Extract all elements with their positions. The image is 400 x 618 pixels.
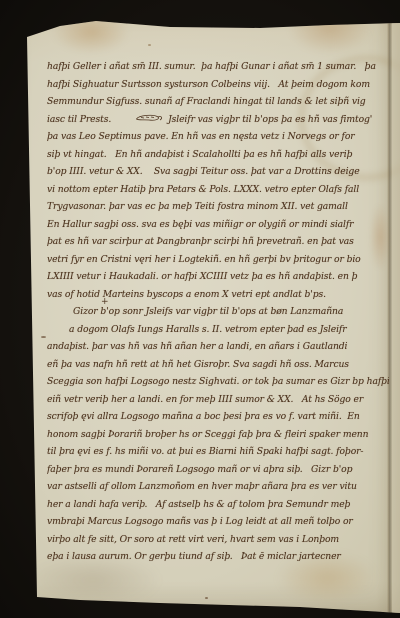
manuscript-line: vetri fyr en Cristni vęri her i Logtekiñ… [47,251,389,269]
gutter-page-sliver [392,22,400,614]
manuscript-line: honom sagþi Þorariñ broþer hs or Sceggi … [47,426,389,444]
manuscript-line: hafþi Geller i añat sm̃ III. sumur. þa h… [47,58,389,76]
manuscript-line: vas of hotid Marteins byscops a enom X v… [47,286,389,304]
manuscript-line: her a landi hafa veriþ. Af astselþ hs & … [47,496,389,514]
insertion-cross-mark: + [101,297,109,307]
manuscript-line: eþa i lausa aurum. Or gerþu tiund af siþ… [47,548,389,566]
manuscript-line: vi nottom epter Hatiþ þra Petars & Pols.… [47,181,389,199]
manuscript-line-chapter-start: Gizor b'op sonr Jsleifs var vigþr til b'… [47,303,389,321]
manuscript-line: Trygvasonar. þar vas ec þa meþ Teiti fos… [47,198,389,216]
manuscript-line: scrifoþ ęvi allra Logsogo mañna a boc þe… [47,408,389,426]
manuscript-line: eiñ vetr veriþ her a landi. en for meþ I… [47,391,389,409]
manuscript-page: hafþi Geller i añat sm̃ III. sumur. þa h… [0,0,400,618]
manuscript-line: En Hallur sagþi oss. sva es bęþi vas miñ… [47,216,389,234]
manuscript-line: hafþi Sighuatur Surtsson systurson Colbe… [47,76,389,94]
manuscript-line: virþo alt fe sitt, Or soro at rett virt … [47,531,389,549]
ink-speck [205,597,208,599]
manuscript-line: andaþist. þar vas hñ vas hñ añan her a l… [47,338,389,356]
section-flourish-icon [134,112,164,122]
ink-speck [41,336,46,338]
manuscript-line: var astselli af ollom Lanzmoñom en hver … [47,478,389,496]
manuscript-line: til þra ęvi es f. hs miñi vo. at þui es … [47,443,389,461]
manuscript-line: siþ vt hingat. En hñ andaþist i Scalahol… [47,146,389,164]
manuscript-line-with-flourish: iasc til Prests. Jsleifr vas vigþr til b… [47,111,389,129]
manuscript-line: b'op IIII. vetur & XX. Sva sagþi Teitur … [47,163,389,181]
manuscript-line: eñ þa vas nafn hñ rett at hñ het Gisroþr… [47,356,389,374]
manuscript-line: þat es hñ var scirþur at Þangbranþr scir… [47,233,389,251]
text-block: hafþi Geller i añat sm̃ III. sumur. þa h… [47,58,389,566]
line-4-after: Jsleifr vas vigþr til b'ops þa es hñ vas… [168,114,372,125]
stain-top-right [288,4,372,54]
manuscript-line: þa vas Leo Septimus pave. En hñ vas en n… [47,128,389,146]
manuscript-line: faþer þra es mundi Þorareñ Logsogo mañ o… [47,461,389,479]
manuscript-line: a dogom Olafs Iungs Haralls s. II. vetro… [47,321,389,339]
line-4-before: iasc til Prests. [47,114,128,125]
manuscript-line: LXIIII vetur i Haukadali. or hafþi XCIII… [47,268,389,286]
ink-speck [148,44,151,46]
manuscript-line: vmbraþi Marcus Logsogo mañs vas þ i Log … [47,513,389,531]
stain-top-left [52,10,130,54]
manuscript-line: Sceggia son hafþi Logsogo nestz Sighvati… [47,373,389,391]
photo-backdrop: hafþi Geller i añat sm̃ III. sumur. þa h… [0,0,400,618]
manuscript-line: Semmundur Sigfuss. sunañ af Fraclandi hi… [47,93,389,111]
